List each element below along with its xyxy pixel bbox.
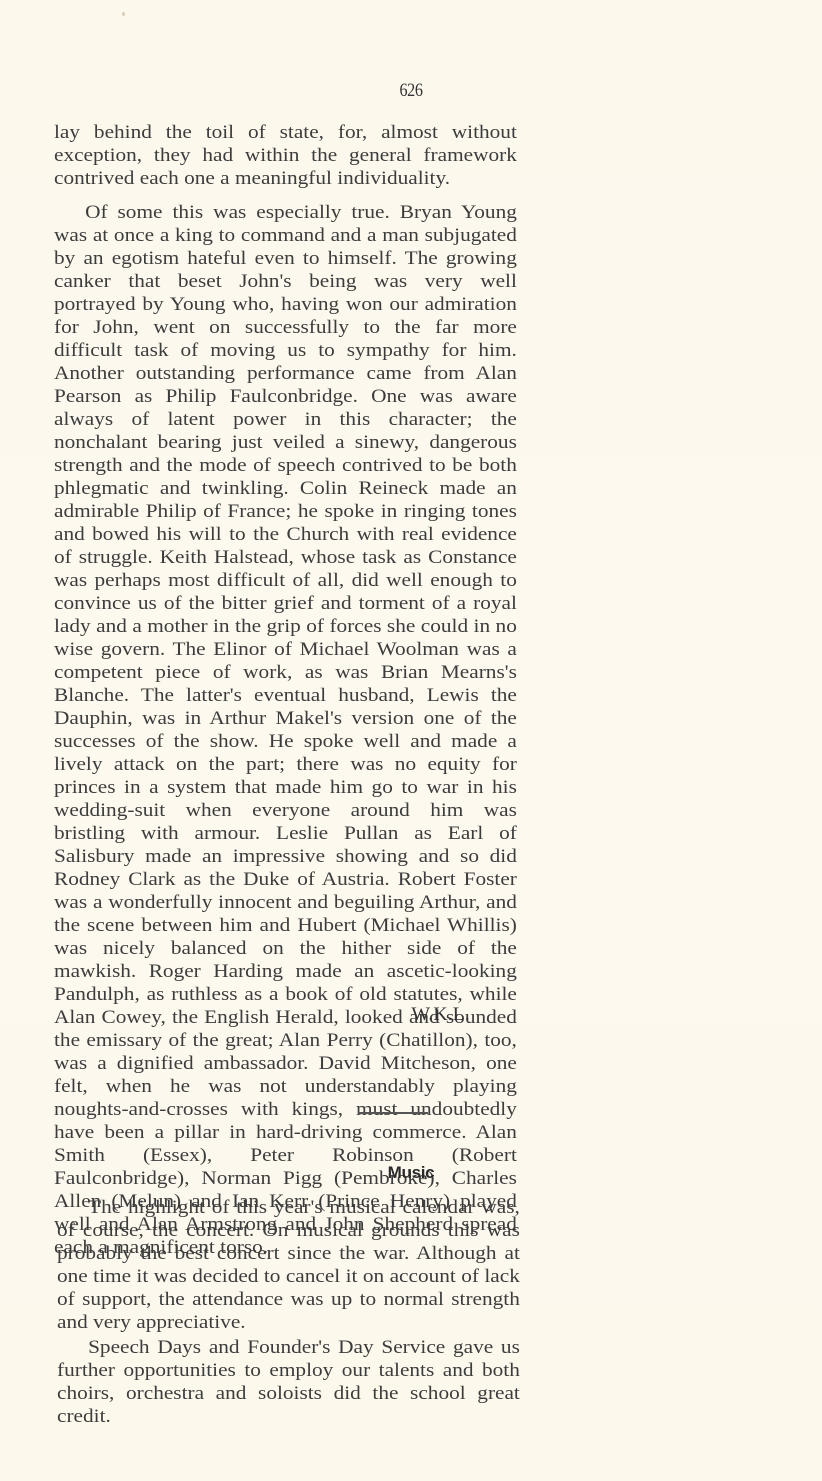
music-paragraph-concert: The highlight of this year's musical cal…: [57, 1196, 520, 1334]
document-page: 626 lay behind the toil of state, for, a…: [0, 0, 822, 1481]
section-divider: [358, 1112, 428, 1114]
music-paragraph-speech-days: Speech Days and Founder's Day Service ga…: [57, 1336, 520, 1428]
section-heading-music: Music: [0, 1163, 822, 1183]
author-signature: W.K.L.: [411, 1004, 470, 1026]
review-paragraph-continued: lay behind the toil of state, for, almos…: [54, 121, 517, 190]
paper-speck: [122, 12, 125, 16]
review-paragraph-cast: Of some this was especially true. Bryan …: [54, 201, 517, 1259]
page-number: 626: [62, 80, 761, 102]
